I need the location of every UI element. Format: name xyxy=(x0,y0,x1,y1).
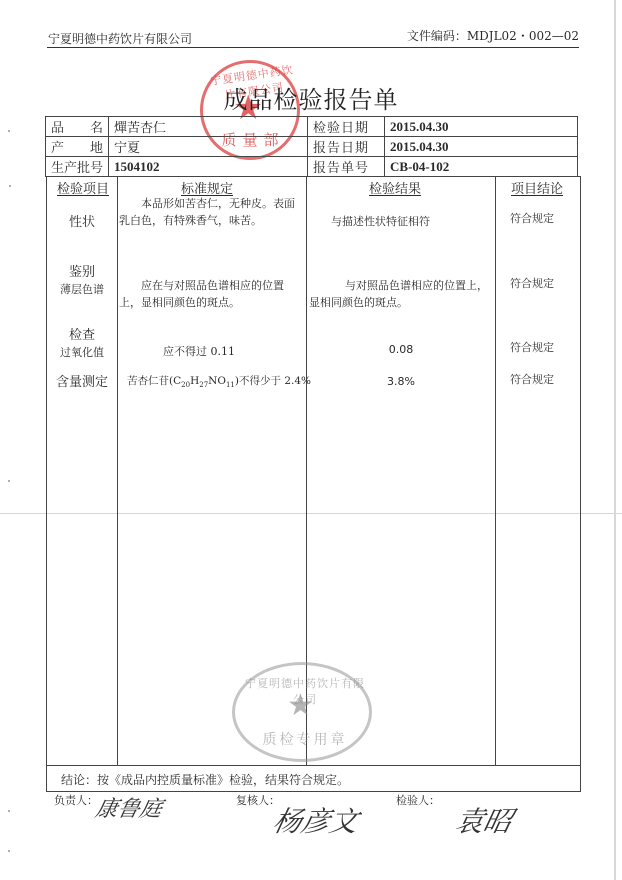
inspect-date: 2015.04.30 xyxy=(385,117,578,137)
scan-speck xyxy=(8,850,10,852)
row-conclusion: 符合规定 xyxy=(510,210,554,227)
column-header-item: 检验项目 xyxy=(57,178,109,197)
standard-suffix: 不得少于 2.4% xyxy=(239,375,311,387)
stamp-dept-text: 质检专用章 xyxy=(255,729,355,749)
row-conclusion: 符合规定 xyxy=(510,371,554,388)
file-code-label: 文件编码： xyxy=(407,29,467,43)
info-table: 品 名 燀苦杏仁 检验日期 2015.04.30 产 地 宁夏 报告日期 201… xyxy=(45,116,578,177)
row-conclusion: 符合规定 xyxy=(510,275,554,292)
row-standard: 本品形如苦杏仁，无种皮。表面乳白色，有特殊香气，味苦。 xyxy=(119,195,303,229)
info-row: 生产批号 1504102 报告单号 CB-04-102 xyxy=(46,157,578,177)
row-item: 检查 xyxy=(47,327,117,344)
row-sub-item: 薄层色谱 xyxy=(47,281,117,298)
scan-speck xyxy=(8,130,10,132)
inspect-date-label: 检验日期 xyxy=(308,117,385,137)
batch-label: 生产批号 xyxy=(46,157,109,177)
report-date-label: 报告日期 xyxy=(308,137,385,157)
conclusion-row: 结论：按《成品内控质量标准》检验，结果符合规定。 xyxy=(46,765,581,792)
row-conclusion: 符合规定 xyxy=(510,339,554,356)
qc-stamp: 宁夏明德中药饮片有限公司 ★ 质检专用章 xyxy=(232,662,372,762)
responsible-signature: 康鲁庭 xyxy=(93,792,166,823)
standard-prefix: 苦杏仁苷 xyxy=(127,375,169,387)
column-divider xyxy=(117,177,118,765)
batch-number: 1504102 xyxy=(109,157,308,177)
scan-speck xyxy=(8,480,10,482)
file-code: 文件编码：MDJL02・002—02 xyxy=(407,27,579,44)
column-divider xyxy=(495,177,496,765)
info-row: 品 名 燀苦杏仁 检验日期 2015.04.30 xyxy=(46,117,578,137)
star-icon: ★ xyxy=(287,691,314,721)
row-standard: 苦杏仁苷(C20H27NO11)不得少于 2.4% xyxy=(127,373,311,394)
row-item: 含量测定 xyxy=(47,374,117,391)
origin-label: 产 地 xyxy=(46,137,109,157)
row-sub-item: 过氧化值 xyxy=(47,344,117,361)
row-result: 与描述性状特征相符 xyxy=(331,213,491,230)
report-date: 2015.04.30 xyxy=(385,137,578,157)
chemical-formula: C20H27NO11 xyxy=(173,375,235,387)
report-number: CB-04-102 xyxy=(385,157,578,177)
inspector-signature: 袁昭 xyxy=(452,800,517,840)
row-result: 0.08 xyxy=(309,341,493,358)
reviewer-signature: 杨彦文 xyxy=(270,800,363,840)
product-name: 燀苦杏仁 xyxy=(109,117,308,137)
inspector-label: 检验人： xyxy=(396,792,440,808)
scan-speck xyxy=(8,810,10,812)
header-rule xyxy=(47,47,579,48)
scan-speck xyxy=(9,185,11,187)
reviewer-label: 复核人： xyxy=(236,792,280,808)
column-header-result: 检验结果 xyxy=(369,178,421,197)
page-title: 成品检验报告单 xyxy=(0,80,622,115)
page-edge-line xyxy=(614,0,616,880)
conclusion-text: 结论：按《成品内控质量标准》检验，结果符合规定。 xyxy=(61,771,349,788)
row-item: 性状 xyxy=(47,214,117,231)
responsible-label: 负责人： xyxy=(54,792,98,808)
file-code-value: MDJL02・002—02 xyxy=(467,29,579,43)
row-standard: 应在与对照品色谱相应的位置上，显相同颜色的斑点。 xyxy=(119,277,303,311)
row-standard: 应不得过 0.11 xyxy=(163,343,235,360)
company-name: 宁夏明德中药饮片有限公司 xyxy=(48,30,192,47)
row-result: 3.8% xyxy=(309,373,493,390)
product-name-label: 品 名 xyxy=(46,117,109,137)
row-result: 与对照品色谱相应的位置上，显相同颜色的斑点。 xyxy=(309,277,493,311)
report-no-label: 报告单号 xyxy=(308,157,385,177)
column-header-conclusion: 项目结论 xyxy=(511,178,563,197)
row-item: 鉴别 xyxy=(47,264,117,281)
origin: 宁夏 xyxy=(109,137,308,157)
info-row: 产 地 宁夏 报告日期 2015.04.30 xyxy=(46,137,578,157)
